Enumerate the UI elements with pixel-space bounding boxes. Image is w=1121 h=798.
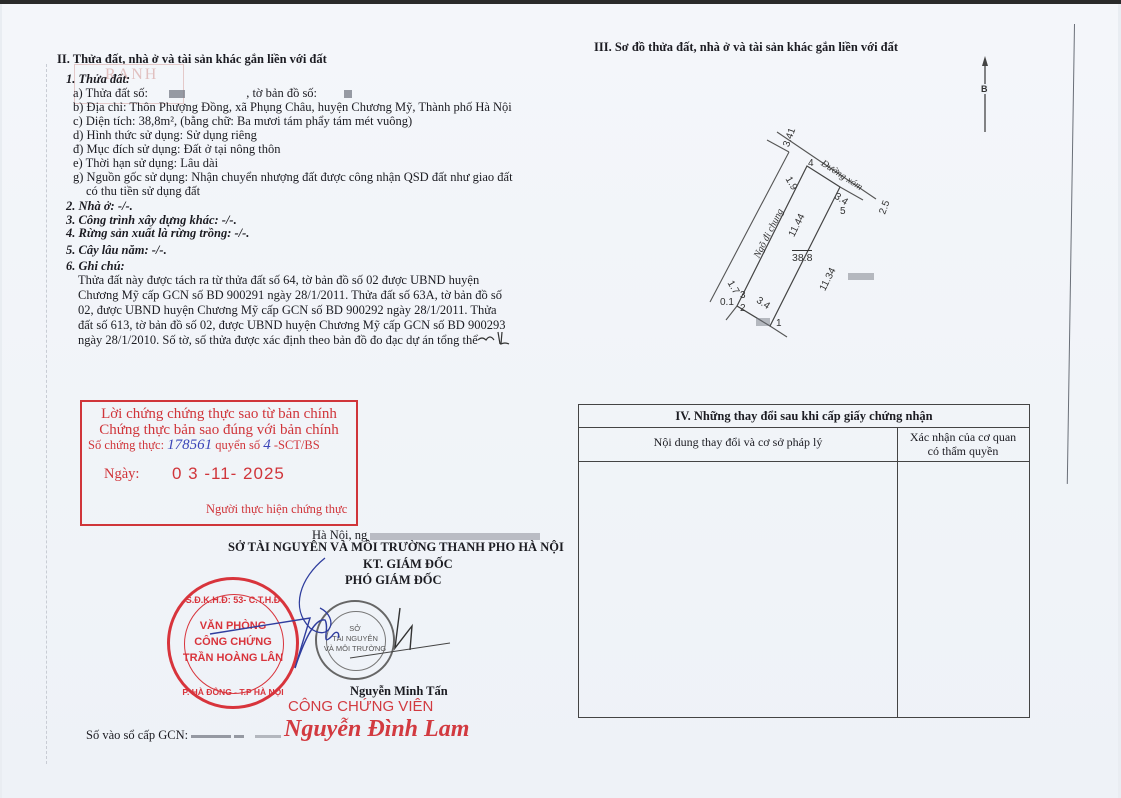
cert-book-label: quyển số — [215, 438, 260, 452]
usage-purpose: đ) Mục đích sử dụng: Đất ở tại nông thôn — [73, 142, 280, 156]
cert-book-number: 4 — [263, 437, 271, 453]
certification-stamp: Lời chứng chứng thực sao từ bản chính Ch… — [80, 400, 358, 526]
note-line: Thửa đất này được tách ra từ thửa đất số… — [78, 273, 479, 287]
table-divider — [579, 461, 1029, 462]
parcel-address: b) Địa chỉ: Thôn Phượng Đồng, xã Phụng C… — [73, 100, 512, 114]
cert-number: 178561 — [167, 437, 212, 453]
dim-lane-offset: 0.1 — [720, 297, 734, 308]
redacted-map-sheet — [344, 90, 352, 98]
point-2: 2 — [740, 303, 746, 314]
usage-term: e) Thời hạn sử dụng: Lâu dài — [73, 156, 218, 170]
other-construction-item: 3. Công trình xây dựng khác: -/-. — [66, 213, 237, 227]
section3-heading: III. Sơ đồ thửa đất, nhà ở và tài sản kh… — [594, 40, 898, 54]
forest-item: 4. Rừng sản xuất là rừng trồng: -/-. — [66, 226, 249, 240]
redacted-gcn-2 — [234, 735, 244, 738]
signer-name: Nguyễn Minh Tấn — [350, 684, 448, 698]
gcn-register-row: Số vào sổ cấp GCN: — [86, 728, 281, 742]
parcel-heading: 1. Thửa đất: — [66, 72, 130, 86]
house-item: 2. Nhà ở: -/-. — [66, 199, 133, 213]
cert-line-1: Lời chứng chứng thực sao từ bản chính — [82, 406, 356, 423]
cert-number-label: Số chứng thực: — [88, 438, 164, 452]
cert-date-label: Ngày: — [104, 466, 139, 483]
notary-name: Nguyễn Đình Lam — [284, 716, 469, 743]
left-fold-mark — [46, 64, 47, 764]
authority-column-header: Xác nhận của cơ quan có thẩm quyền — [897, 427, 1029, 461]
redacted-neighbor — [848, 273, 874, 280]
initials-scribble — [476, 330, 510, 346]
usage-origin: g) Nguồn gốc sử dụng: Nhận chuyển nhượng… — [73, 170, 513, 184]
redacted-gcn-3 — [255, 735, 281, 738]
perennial-item: 5. Cây lâu năm: -/-. — [66, 243, 167, 257]
notary-title: CÔNG CHỨNG VIÊN — [288, 698, 433, 715]
point-4: 4 — [808, 158, 814, 169]
point-3: 3 — [740, 290, 746, 301]
parcel-outline — [700, 110, 1020, 350]
table-column-divider — [897, 427, 898, 717]
cert-book-suffix: -SCT/BS — [274, 438, 320, 452]
point-1: 1 — [776, 318, 782, 329]
point-5: 5 — [840, 206, 846, 217]
cert-performer: Người thực hiện chứng thực — [206, 502, 347, 517]
authority-header-line: có thẩm quyền — [897, 444, 1029, 458]
section4-heading: IV. Những thay đổi sau khi cấp giấy chứn… — [579, 405, 1029, 428]
north-label: B — [981, 84, 988, 94]
cert-number-row: Số chứng thực: 178561 quyển số 4 -SCT/BS — [82, 437, 362, 454]
parcel-area: c) Diện tích: 38,8m², (bằng chữ: Ba mươi… — [73, 114, 412, 128]
parcel-number-label: a) Thửa đất số: — [73, 86, 148, 100]
right-fold-line — [1067, 24, 1075, 484]
map-sheet-label: , tờ bản đồ số: — [246, 86, 317, 100]
note-line: 02, được UBND huyện Chương Mỹ cấp GCN số… — [78, 303, 497, 317]
note-line: đất số 613, tờ bản đồ số 02, được UBND h… — [78, 318, 505, 332]
redacted-gcn-1 — [191, 735, 231, 738]
parcel-number-row: a) Thửa đất số: , tờ bản đồ số: — [73, 86, 352, 100]
usage-origin-cont: có thu tiền sử dụng đất — [86, 184, 200, 198]
authority-header-line: Xác nhận của cơ quan — [897, 430, 1029, 444]
parcel-area-label: 38.8 — [792, 250, 812, 264]
usage-form: d) Hình thức sử dụng: Sử dụng riêng — [73, 128, 257, 142]
redacted-parcel-number — [169, 90, 185, 98]
note-line: Chương Mỹ cấp GCN số BD 900291 ngày 28/1… — [78, 288, 502, 302]
cert-date-value: 0 3 -11- 2025 — [172, 464, 285, 484]
redacted-date — [370, 533, 540, 540]
changes-column-header: Nội dung thay đổi và cơ sở pháp lý — [579, 427, 897, 461]
parcel-diagram: 3.41 Đường xóm 2.5 1.9 4 3.4 5 11.44 Ngõ… — [700, 110, 1020, 350]
note-line: ngày 28/1/2010. Số tờ, số thửa được xác … — [78, 333, 478, 347]
redacted-parcel-no — [756, 318, 770, 326]
gcn-register-label: Số vào sổ cấp GCN: — [86, 728, 188, 742]
changes-table: IV. Những thay đổi sau khi cấp giấy chứn… — [578, 404, 1030, 718]
notes-heading: 6. Ghi chú: — [66, 259, 125, 273]
signature-scribbles — [190, 548, 440, 688]
